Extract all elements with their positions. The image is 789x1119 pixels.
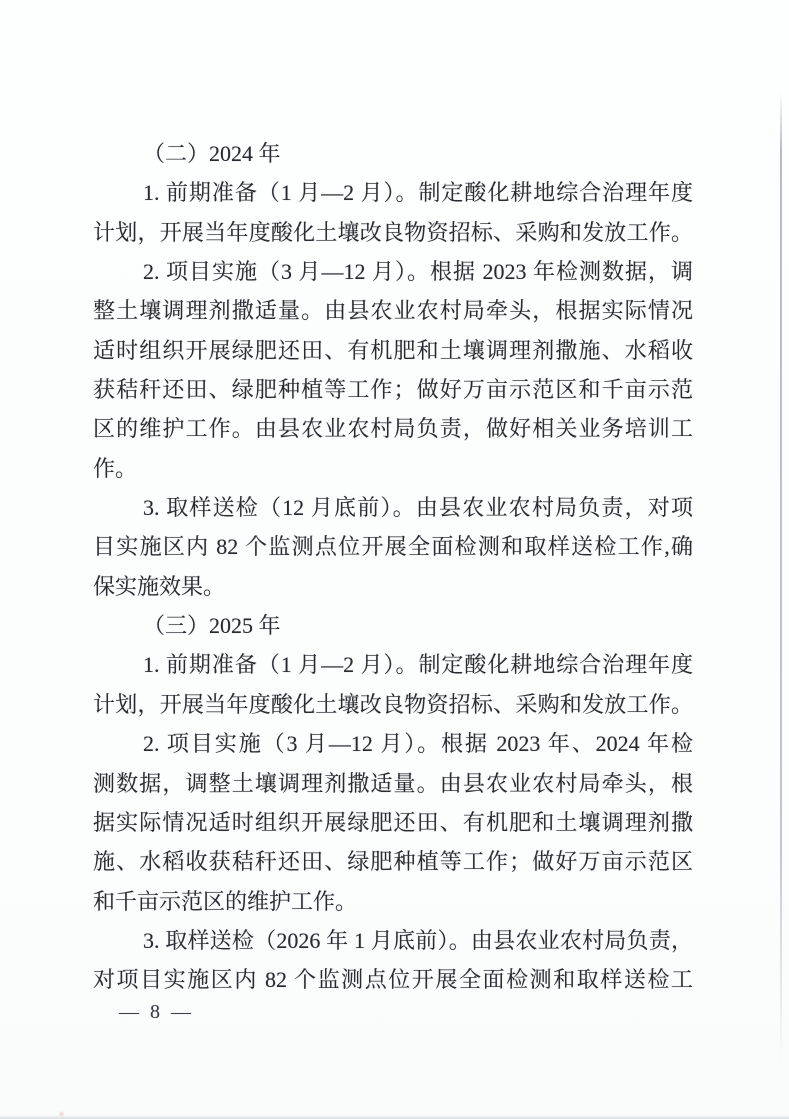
text-line: 据实际情况适时组织开展绿肥还田、有机肥和土壤调理剂撒 bbox=[93, 803, 693, 842]
text-line: 目实施区内 82 个监测点位开展全面检测和取样送检工作,确 bbox=[93, 527, 693, 566]
text-line: 获秸秆还田、绿肥种植等工作；做好万亩示范区和千亩示范 bbox=[93, 370, 693, 409]
scan-bottom-edge bbox=[0, 1115, 789, 1119]
document-page: （二）2024 年1. 前期准备（1 月—2 月）。制定酸化耕地综合治理年度计划… bbox=[0, 0, 789, 1119]
text-line: 区的维护工作。由县农业农村局负责，做好相关业务培训工 bbox=[93, 409, 693, 448]
text-line: 测数据，调整土壤调理剂撒适量。由县农业农村局牵头，根 bbox=[93, 764, 693, 803]
text-line: （二）2024 年 bbox=[93, 134, 693, 173]
text-line: 整土壤调理剂撒适量。由县农业农村局牵头，根据实际情况 bbox=[93, 291, 693, 330]
text-line: 1. 前期准备（1 月—2 月）。制定酸化耕地综合治理年度 bbox=[93, 173, 693, 212]
text-line: 1. 前期准备（1 月—2 月）。制定酸化耕地综合治理年度 bbox=[93, 645, 693, 684]
text-line: 2. 项目实施（3 月—12 月）。根据 2023 年检测数据，调 bbox=[93, 252, 693, 291]
scan-artifact-speck bbox=[58, 1111, 65, 1117]
scan-edge-line bbox=[780, 92, 782, 1067]
document-body: （二）2024 年1. 前期准备（1 月—2 月）。制定酸化耕地综合治理年度计划… bbox=[93, 134, 693, 1000]
text-line: 3. 取样送检（2026 年 1 月底前）。由县农业农村局负责， bbox=[93, 921, 693, 960]
text-line: 作。 bbox=[93, 449, 693, 488]
text-line: 施、水稻收获秸秆还田、绿肥种植等工作；做好万亩示范区 bbox=[93, 842, 693, 881]
text-line: 适时组织开展绿肥还田、有机肥和土壤调理剂撒施、水稻收 bbox=[93, 331, 693, 370]
text-line: 保实施效果。 bbox=[93, 567, 693, 606]
text-line: 计划，开展当年度酸化土壤改良物资招标、采购和发放工作。 bbox=[93, 685, 693, 724]
text-line: 3. 取样送检（12 月底前）。由县农业农村局负责，对项 bbox=[93, 488, 693, 527]
text-line: 和千亩示范区的维护工作。 bbox=[93, 882, 693, 921]
text-line: 2. 项目实施（3 月—12 月）。根据 2023 年、2024 年检 bbox=[93, 724, 693, 763]
text-line: 计划，开展当年度酸化土壤改良物资招标、采购和发放工作。 bbox=[93, 213, 693, 252]
text-line: （三）2025 年 bbox=[93, 606, 693, 645]
page-number: — 8 — bbox=[119, 997, 194, 1027]
text-line: 对项目实施区内 82 个监测点位开展全面检测和取样送检工 bbox=[93, 960, 693, 999]
